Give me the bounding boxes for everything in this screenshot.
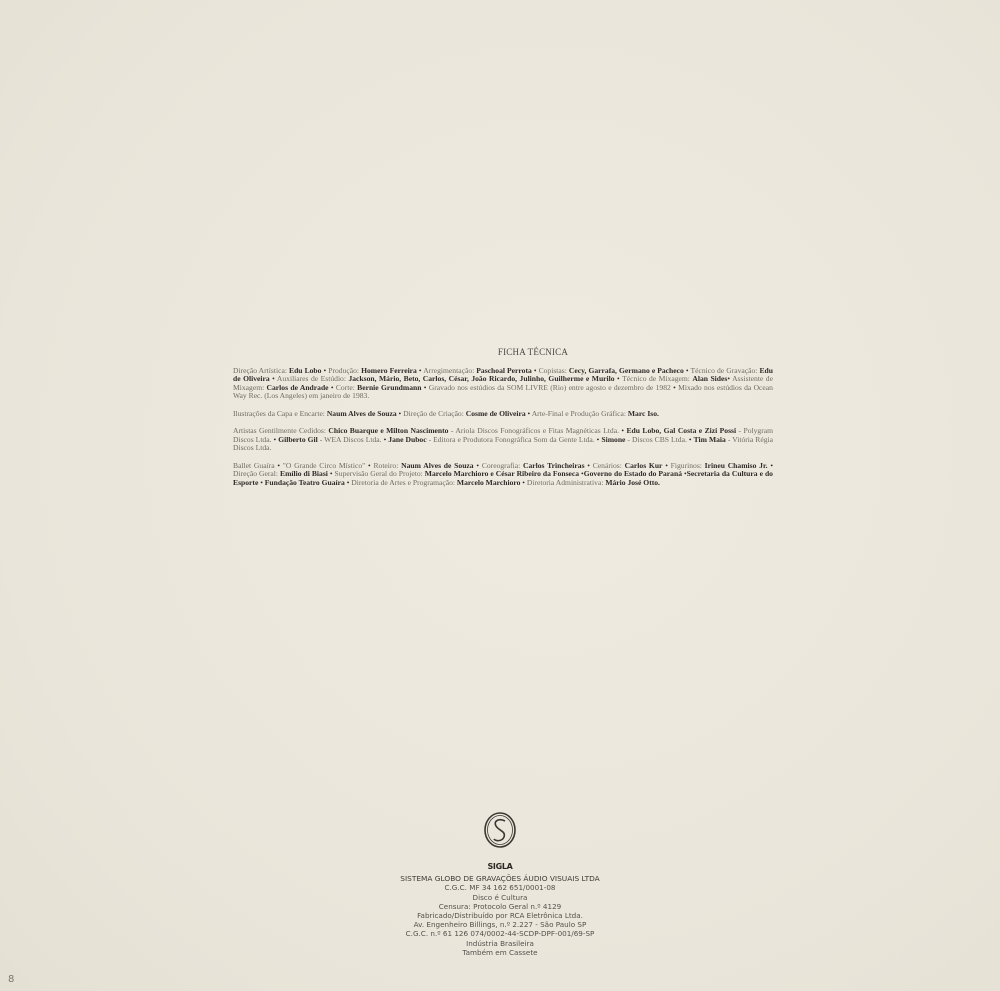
credit-role: - WEA Discos Ltda. (318, 435, 384, 444)
credit-role: - Editora e Produtora Fonográfica Som da… (427, 435, 597, 444)
footer-lines: SISTEMA GLOBO DE GRAVAÇÕES ÁUDIO VISUAIS… (350, 874, 650, 957)
technical-credits: FICHA TÉCNICA Direção Artística: Edu Lob… (233, 348, 773, 496)
bullet-separator: • (671, 383, 678, 392)
credit-name: Fundação Teatro Guaíra (265, 478, 345, 487)
credit-name: Jane Duboc (388, 435, 426, 444)
credits-paragraph: Direção Artística: Edu Lobo • Produção: … (233, 367, 773, 401)
footer-line: Disco é Cultura (350, 893, 650, 902)
credit-name: Simone (601, 435, 625, 444)
footer-line: Também em Cassete (350, 948, 650, 957)
credit-name: Naum Alves de Souza (327, 409, 397, 418)
footer-line: Fabricado/Distribuído por RCA Eletrônica… (350, 911, 650, 920)
credit-name: Gilberto Gil (278, 435, 318, 444)
credits-paragraph: Ballet Guaíra • "O Grande Circo Místico"… (233, 462, 773, 488)
credit-role: Gravado nos estúdios da SOM LIVRE (Rio) … (429, 383, 671, 392)
section-title: FICHA TÉCNICA (233, 348, 773, 357)
credit-role: - Discos CBS Ltda. (625, 435, 688, 444)
company-name: SISTEMA GLOBO DE GRAVAÇÕES ÁUDIO VISUAIS… (350, 874, 650, 883)
footer-line: C.G.C. MF 34 162 651/0001-08 (350, 883, 650, 892)
page-number: 8 (8, 974, 14, 985)
credit-name: Mário José Otto. (605, 478, 660, 487)
footer-line: Censura: Protocolo Geral n.º 4129 (350, 902, 650, 911)
credits-body: Direção Artística: Edu Lobo • Produção: … (233, 367, 773, 488)
bullet-separator: • (421, 383, 428, 392)
footer-line: C.G.C. n.º 61 126 074/0002-44-SCDP-DPF-0… (350, 929, 650, 938)
credits-paragraph: Ilustrações da Capa e Encarte: Naum Alve… (233, 410, 773, 419)
credits-paragraph: Artistas Gentilmente Cedidos: Chico Buar… (233, 427, 773, 453)
credit-name: Marc Iso. (628, 409, 659, 418)
credit-name: Marcelo Marchioro (457, 478, 520, 487)
label-footer: SIGLA SISTEMA GLOBO DE GRAVAÇÕES ÁUDIO V… (350, 810, 650, 957)
credit-role: Direção de Criação: (403, 409, 466, 418)
credit-role: Ilustrações da Capa e Encarte: (233, 409, 327, 418)
credit-role: Diretoria de Artes e Programação: (351, 478, 457, 487)
som-livre-logo-icon (480, 810, 520, 862)
credit-role: Arte-Final e Produção Gráfica: (532, 409, 628, 418)
credit-name: Cosme de Oliveira (466, 409, 526, 418)
credit-name: Tim Maia (694, 435, 726, 444)
credit-role: Diretoria Administrativa: (527, 478, 605, 487)
footer-line: Av. Engenheiro Billings, n.º 2.227 - São… (350, 920, 650, 929)
footer-line: Indústria Brasileira (350, 939, 650, 948)
logo-wordmark: SIGLA (350, 862, 650, 871)
